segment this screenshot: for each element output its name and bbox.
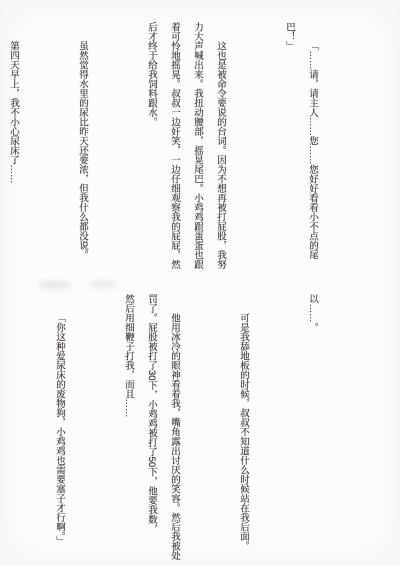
scanned-text-page: 「……请，请主人……您……您好好看看小不点的尾 巴！」 这也是被命令要说的台词。… <box>0 0 400 566</box>
paragraph: 他用能把我小鸡鸡捏碎的力道握住我无力地瘫在地上的 小鸡鸡，然后把一根细细的棒子插… <box>0 294 2 562</box>
paragraph: 「……请，请主人……您……您好好看看小不点的尾 巴！」 <box>278 22 324 290</box>
text-band-bottom: 以……。 可是我舔地板的时候，叔叔不知道什么时候站在我后面。 他用冰冷的眼神看着… <box>24 294 370 562</box>
paragraph: 第四天早上，我不小心尿床了…… <box>2 22 25 290</box>
paragraph: 「你这种爱尿床的废物狗，小鸡鸡也需要塞子才行啊。」 <box>48 294 71 562</box>
paragraph: 他用冰冷的眼神看着我，嘴角露出讨厌的笑容。然后我被处 罚了。屁股被打了30下，小… <box>117 294 186 562</box>
text-band-top: 「……请，请主人……您……您好好看看小不点的尾 巴！」 这也是被命令要说的台词。… <box>24 22 370 290</box>
paragraph: 这也是被命令要说的台词。因为不想再被打屁股，我努 力大声喊出来。我扭动腰部，摇晃… <box>140 22 232 290</box>
paragraph: 虽然觉得水里的尿比昨天还要浓，但我什么都没说。 <box>71 22 94 290</box>
paragraph: 以……。 <box>301 294 324 562</box>
paragraph: 可是我舔地板的时候，叔叔不知道什么时候站在我后面。 <box>232 294 255 562</box>
